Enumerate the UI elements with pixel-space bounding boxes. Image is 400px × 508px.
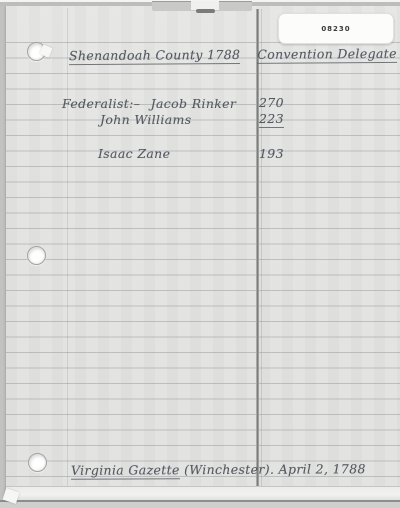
source-citation: Virginia Gazette (Winchester). April 2, … xyxy=(71,461,366,478)
entry-row: Federalist:– Jacob Rinker xyxy=(62,96,236,111)
scanned-archive-card: { "sticker": { "number": "08230" }, "tit… xyxy=(0,0,400,508)
entry-row: John Williams xyxy=(100,112,192,127)
page-title: Shenandoah County 1788 Convention Delega… xyxy=(69,46,397,65)
delegate-name: Jacob Rinker xyxy=(151,96,237,111)
top-tab-mark xyxy=(196,9,215,13)
delegate-name: Isaac Zane xyxy=(98,146,170,161)
scan-bottom-edge xyxy=(0,500,400,508)
vote-count: 270 xyxy=(259,95,299,110)
title-part-right: Convention Delegate xyxy=(257,46,397,64)
entry-row: Isaac Zane xyxy=(98,146,170,161)
citation-detail: (Winchester). April 2, 1788 xyxy=(184,461,366,477)
vote-count: 223 xyxy=(259,111,299,126)
vertical-divider-line xyxy=(256,9,259,487)
catalog-sticker: 08230 xyxy=(278,13,394,44)
hole-punch-bottom xyxy=(28,453,47,472)
hole-punch-middle xyxy=(27,246,46,265)
title-part-left: Shenandoah County 1788 xyxy=(69,47,240,65)
fold-crease xyxy=(67,8,68,498)
party-label: Federalist:– xyxy=(62,96,140,111)
paper-bottom-curl xyxy=(6,486,400,501)
catalog-number: 08230 xyxy=(321,25,350,33)
vertical-divider-shadow xyxy=(261,9,262,487)
delegate-name: John Williams xyxy=(100,112,192,127)
citation-source: Virginia Gazette xyxy=(71,462,180,480)
vote-count: 193 xyxy=(259,146,299,161)
